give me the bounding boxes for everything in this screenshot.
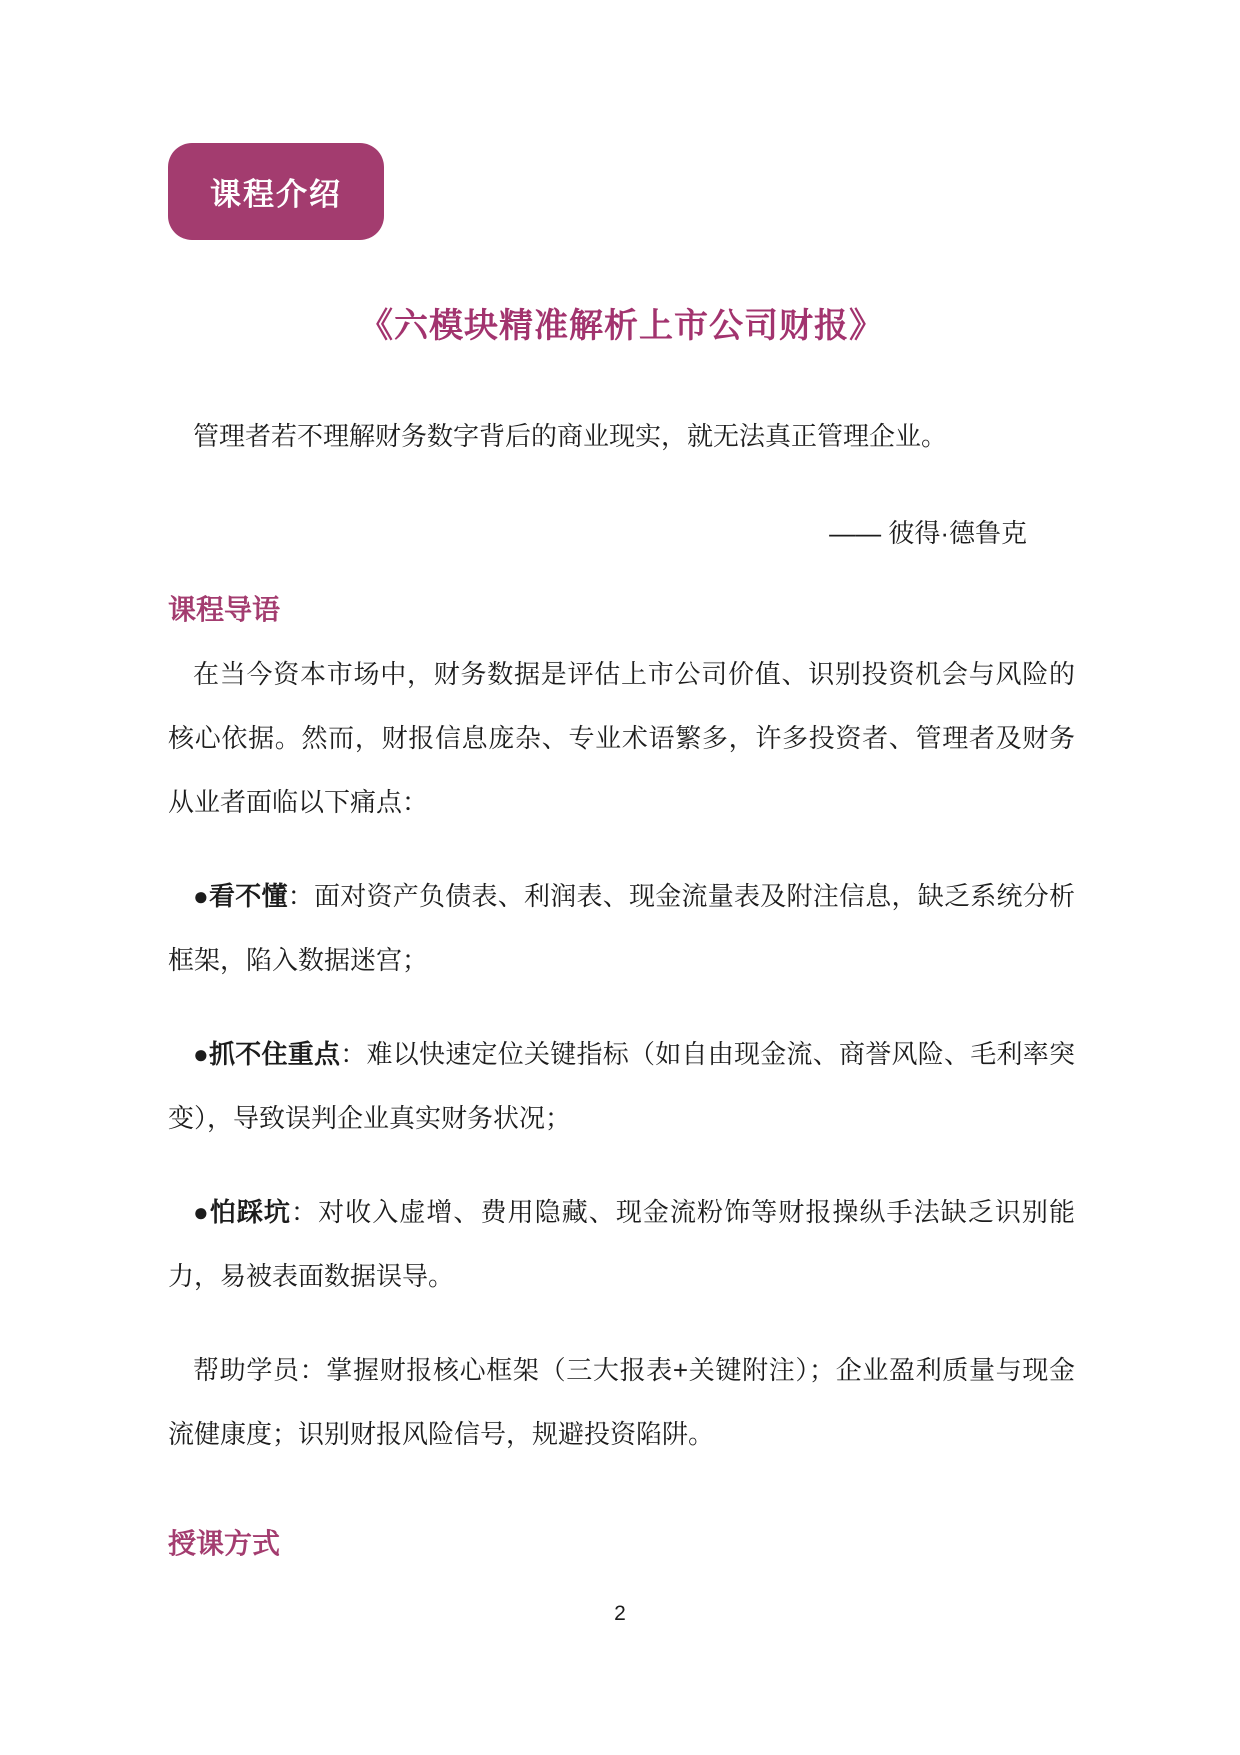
- pain-point-term: 怕踩坑: [210, 1197, 291, 1227]
- quote-attribution: —— 彼得·德鲁克: [168, 513, 1075, 550]
- pain-point-term: 抓不住重点: [209, 1039, 340, 1069]
- course-intro-badge: 课程介绍: [168, 143, 384, 240]
- section-heading-intro: 课程导语: [168, 588, 1075, 628]
- pain-point-text: ：对收入虚增、费用隐藏、现金流粉饰等财报操纵手法缺乏识别能力，易被表面数据误导。: [168, 1197, 1075, 1291]
- bullet-icon: ●: [193, 881, 209, 911]
- intro-paragraph: 在当今资本市场中，财务数据是评估上市公司价值、识别投资机会与风险的核心依据。然而…: [168, 642, 1075, 834]
- pain-point-item: ●看不懂：面对资产负债表、利润表、现金流量表及附注信息，缺乏系统分析框架，陷入数…: [168, 864, 1075, 992]
- bullet-icon: ●: [193, 1039, 209, 1069]
- quote-text: 管理者若不理解财务数字背后的商业现实，就无法真正管理企业。: [168, 419, 1075, 453]
- page-number: 2: [0, 1602, 1240, 1626]
- pain-point-term: 看不懂: [209, 881, 288, 911]
- pain-point-item: ●抓不住重点：难以快速定位关键指标（如自由现金流、商誉风险、毛利率突变），导致误…: [168, 1022, 1075, 1150]
- document-page: 课程介绍 《六模块精准解析上市公司财报》 管理者若不理解财务数字背后的商业现实，…: [0, 0, 1240, 1755]
- pain-point-item: ●怕踩坑：对收入虚增、费用隐藏、现金流粉饰等财报操纵手法缺乏识别能力，易被表面数…: [168, 1180, 1075, 1308]
- bullet-icon: ●: [193, 1197, 210, 1227]
- help-paragraph: 帮助学员：掌握财报核心框架（三大报表+关键附注）；企业盈利质量与现金流健康度；识…: [168, 1338, 1075, 1466]
- pain-point-text: ：面对资产负债表、利润表、现金流量表及附注信息，缺乏系统分析框架，陷入数据迷宫；: [168, 881, 1075, 975]
- course-title: 《六模块精准解析上市公司财报》: [168, 298, 1075, 347]
- section-heading-method: 授课方式: [168, 1522, 1075, 1562]
